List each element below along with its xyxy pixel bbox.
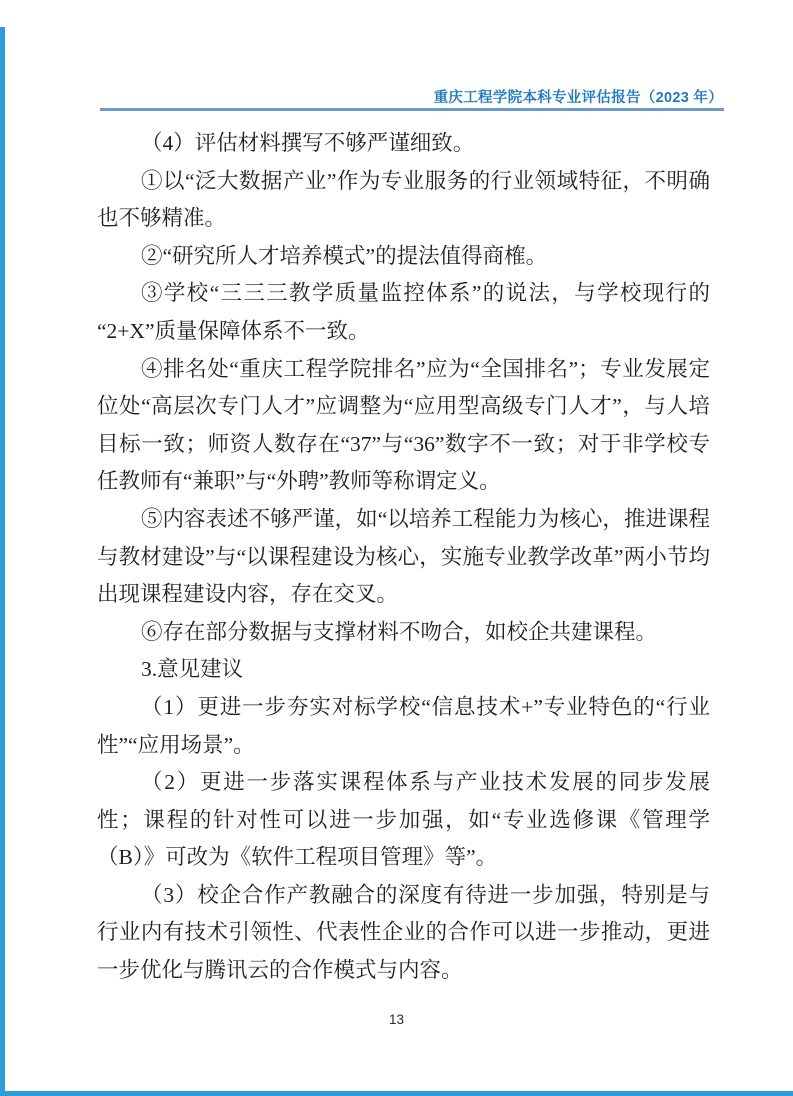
paragraph-circled-2: ②“研究所人才培养模式”的提法值得商榷。	[97, 238, 710, 276]
paragraph-item-4: （4）评估材料撰写不够严谨细致。	[97, 125, 710, 163]
section-heading-suggestions: 3.意见建议	[97, 651, 710, 689]
bottom-edge-accent-line	[0, 1091, 793, 1096]
document-body: （4）评估材料撰写不够严谨细致。 ①以“泛大数据产业”作为专业服务的行业领域特征…	[97, 125, 710, 990]
paragraph-circled-3: ③学校“三三三教学质量监控体系”的说法，与学校现行的“2+X”质量保障体系不一致…	[97, 275, 710, 350]
paragraph-suggestion-2: （2）更进一步落实课程体系与产业技术发展的同步发展性；课程的针对性可以进一步加强…	[97, 764, 710, 877]
header-rule	[100, 108, 724, 111]
report-header-title: 重庆工程学院本科专业评估报告（2023 年）	[434, 86, 723, 107]
paragraph-suggestion-3: （3）校企合作产教融合的深度有待进一步加强，特别是与行业内有技术引领性、代表性企…	[97, 877, 710, 990]
document-page: 重庆工程学院本科专业评估报告（2023 年） （4）评估材料撰写不够严谨细致。 …	[0, 0, 793, 1096]
paragraph-suggestion-1: （1）更进一步夯实对标学校“信息技术+”专业特色的“行业性”“应用场景”。	[97, 689, 710, 764]
left-edge-accent-line	[0, 27, 5, 1096]
page-number: 13	[0, 1012, 793, 1027]
paragraph-circled-1: ①以“泛大数据产业”作为专业服务的行业领域特征，不明确也不够精准。	[97, 163, 710, 238]
paragraph-circled-4: ④排名处“重庆工程学院排名”应为“全国排名”；专业发展定位处“高层次专门人才”应…	[97, 351, 710, 501]
paragraph-circled-6: ⑥存在部分数据与支撑材料不吻合，如校企共建课程。	[97, 614, 710, 652]
paragraph-circled-5: ⑤内容表述不够严谨，如“以培养工程能力为核心，推进课程与教材建设”与“以课程建设…	[97, 501, 710, 614]
